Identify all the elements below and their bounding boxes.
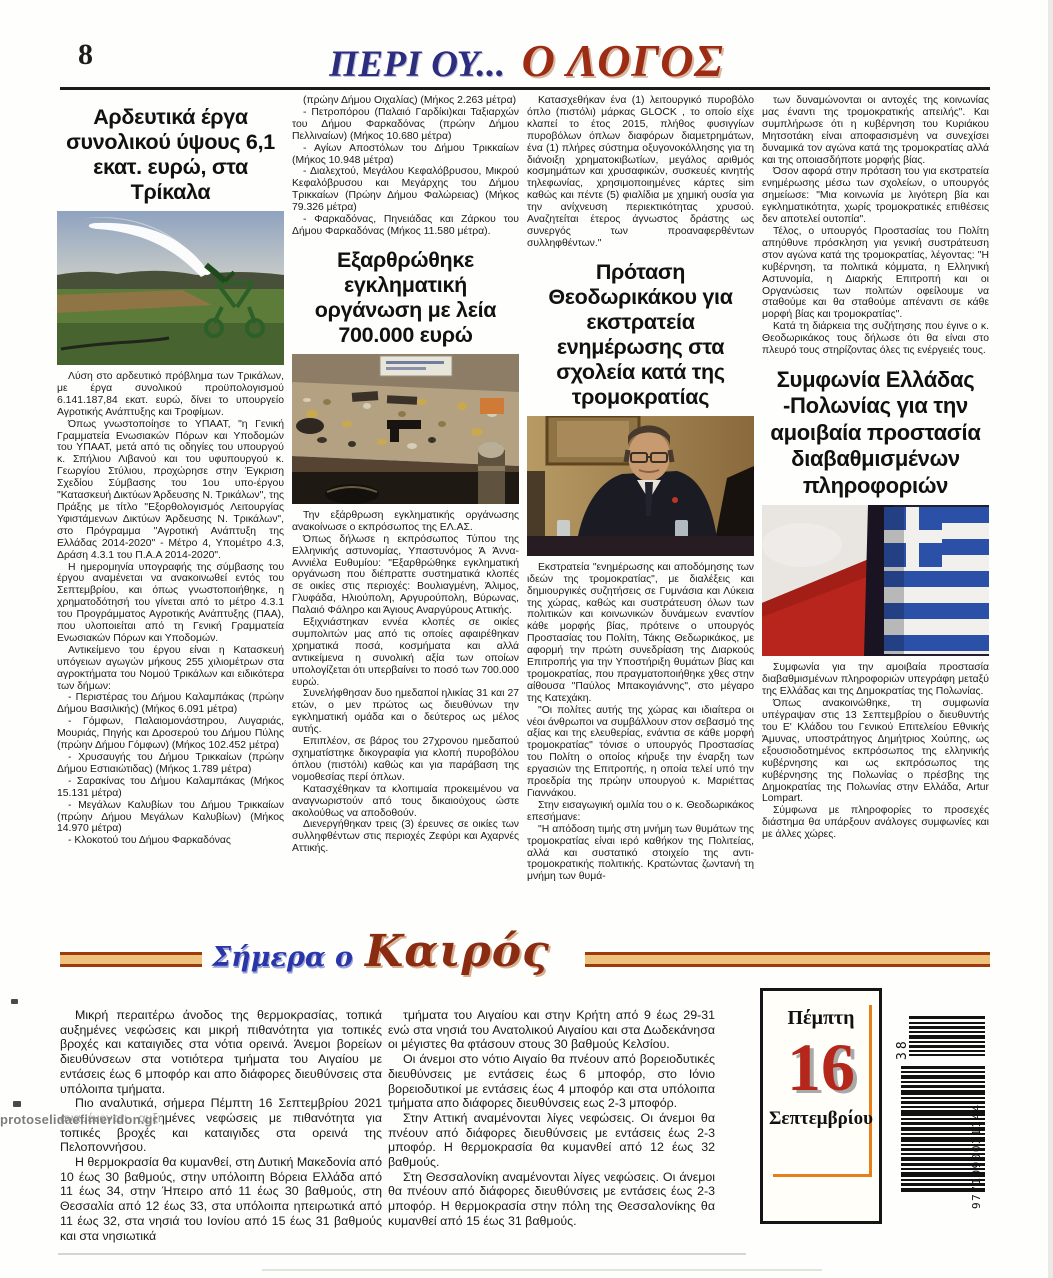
- calendar-day: Πέμπτη: [763, 1007, 879, 1030]
- body-paragraph: "Οι πολίτες αυτής της χώρας και ιδιαίτερ…: [527, 705, 754, 800]
- flags-photo: [762, 505, 989, 656]
- newspaper-page: 8 ΠΕΡΙ ΟΥ...Ο ΛΟΓΟΣ Αρδευτικά έργα συνολ…: [0, 0, 1053, 1278]
- weather-script-label: Σήμερα ο: [212, 942, 353, 973]
- body-paragraph: Όπως ανακοινώθηκε, τη συμφωνία υπέγραψαν…: [762, 698, 989, 805]
- body-paragraph: - Φαρκαδόνας, Πηνειάδας και Ζάρκου του Δ…: [292, 214, 519, 238]
- calendar-widget: Πέμπτη 16 Σεπτεμβρίου: [760, 988, 882, 1224]
- body-paragraph: Αντικείμενο του έργου είναι η Κατασκευή …: [57, 645, 284, 693]
- calendar-date: 16: [763, 1032, 879, 1102]
- body-paragraph: - Πετροπόρου (Παλαιό Γαρδίκι)και Ταξιαρχ…: [292, 107, 519, 143]
- weather-paragraph: Στην Αττική αναμένονται λίγες νεφώσεις. …: [388, 1111, 715, 1170]
- weather-column-2: τμήματα του Αιγαίου και στην Κρήτη από 9…: [388, 1008, 715, 1229]
- masthead: ΠΕΡΙ ΟΥ...Ο ΛΟΓΟΣ: [0, 34, 1053, 87]
- weather-banner: Σήμερα ο Καιρός: [212, 926, 550, 977]
- agreement-body-col4: Συμφωνία για την αμοιβαία προστασία διαβ…: [762, 662, 989, 841]
- body-paragraph: Διενεργήθηκαν τρεις (3) έρευνες σε οικίε…: [292, 819, 519, 855]
- body-paragraph: Τέλος, ο υπουργός Προστασίας του Πολίτη …: [762, 226, 989, 321]
- body-paragraph: Συμφωνία για την αμοιβαία προστασία διαβ…: [762, 662, 989, 698]
- terror-body-col4: των δυναμώνονται οι αντοχές της κοινωνία…: [762, 95, 989, 357]
- body-paragraph: Εκστρατεία "ενημέρωσης και αποδόμησης τω…: [527, 562, 754, 705]
- weather-rule-left: [60, 952, 202, 967]
- weather-paragraph: Μικρή περαιτέρω άνοδος της θερμοκρασίας,…: [60, 1008, 382, 1096]
- body-paragraph: - Σαρακίνας του Δήμου Καλαμπάκας (Μήκος …: [57, 776, 284, 800]
- margin-mark: [13, 1101, 21, 1107]
- masthead-title: Ο ΛΟΓΟΣ: [522, 35, 724, 86]
- irrigation-photo: [57, 211, 284, 365]
- scan-line: [262, 1269, 822, 1271]
- headline-crime: Εξαρθρώθηκε εγκληματική οργάνωση με λεία…: [292, 248, 519, 348]
- body-paragraph: Στην εισαγωγική ομιλία του ο κ. Θεοδωρικ…: [527, 800, 754, 824]
- body-paragraph: Επιπλέον, σε βάρος του 27χρονου ημεδαπού…: [292, 736, 519, 784]
- body-paragraph: Όσον αφορά στην πρόταση του για εκστρατε…: [762, 166, 989, 226]
- body-paragraph: - Αγίων Αποστόλων του Δήμου Τρικκαίων (Μ…: [292, 143, 519, 167]
- body-paragraph: - Χρυσαυγής του Δήμου Τρικκαίων (πρώην Δ…: [57, 752, 284, 776]
- body-paragraph: Η ημερομηνία υπογραφής της σύμβασης του …: [57, 562, 284, 645]
- crime-body-col2: Την εξάρθρωση εγκληματικής οργάνωσης ανα…: [292, 510, 519, 855]
- body-paragraph: (πρώην Δήμου Οιχαλίας) (Μήκος 2.263 μέτρ…: [292, 95, 519, 107]
- column-3: Κατασχεθήκαν ένα (1) λειτουργικό πυροβόλ…: [527, 95, 754, 945]
- scan-edge: [1048, 0, 1053, 1278]
- weather-paragraph: Οι άνεμοι στο νότιο Αιγαίο θα πνέουν από…: [388, 1052, 715, 1111]
- weather-paragraph: τμήματα του Αιγαίου και στην Κρήτη από 9…: [388, 1008, 715, 1052]
- body-paragraph: Κατασχέθηκαν τα κλοπιμαία προκειμένου να…: [292, 784, 519, 820]
- barcode-top-stripes: [909, 1016, 985, 1056]
- column-4: των δυναμώνονται οι αντοχές της κοινωνία…: [762, 95, 989, 945]
- body-paragraph: - Γόμφων, Παλαιομονάστηρου, Λυγαριάς, Μο…: [57, 716, 284, 752]
- body-paragraph: Σύμφωνα με πληροφορίες το προσεχές διάστ…: [762, 805, 989, 841]
- body-paragraph: Όπως γνωστοποίησε το ΥΠΑΑΤ, "η Γενική Γρ…: [57, 419, 284, 562]
- barcode: 38: [893, 1014, 997, 1198]
- headline-terror: Πρόταση Θεοδωρικάκου για εκστρατεία ενημ…: [527, 260, 754, 410]
- watermark: protoselidaefimeridon.gr: [0, 1112, 160, 1127]
- masthead-prefix: ΠΕΡΙ ΟΥ...: [329, 44, 506, 85]
- weather-paragraph: Στη Θεσσαλονίκη αναμένονται λίγες νεφώσε…: [388, 1170, 715, 1229]
- margin-mark: [11, 999, 18, 1004]
- body-paragraph: Εξιχνιάστηκαν εννέα κλοπές σε οικίες συμ…: [292, 617, 519, 688]
- body-paragraph: των δυναμώνονται οι αντοχές της κοινωνία…: [762, 95, 989, 166]
- weather-title: Καιρός: [365, 926, 550, 977]
- body-paragraph: - Περιστέρας του Δήμου Καλαμπάκας (πρώην…: [57, 692, 284, 716]
- header-rule: [60, 87, 990, 90]
- column-2: (πρώην Δήμου Οιχαλίας) (Μήκος 2.263 μέτρ…: [292, 95, 519, 945]
- barcode-issue-number: 38: [895, 1038, 910, 1060]
- stolen-goods-photo: [292, 354, 519, 504]
- body-paragraph: Κατασχεθήκαν ένα (1) λειτουργικό πυροβόλ…: [527, 95, 754, 250]
- body-paragraph: - Διαλεχτού, Μεγάλου Κεφαλόβρυσου, Μικρο…: [292, 166, 519, 214]
- minister-photo: [527, 416, 754, 556]
- body-paragraph: Όπως δήλωσε η εκπρόσωπος Τύπου της Ελλην…: [292, 534, 519, 617]
- weather-paragraph: Η θερμοκρασία θα κυμανθεί, στη Δυτική Μα…: [60, 1155, 382, 1243]
- headline-irrigation: Αρδευτικά έργα συνολικού ύψους 6,1 εκατ.…: [57, 105, 284, 205]
- body-paragraph: Την εξάρθρωση εγκληματικής οργάνωσης ανα…: [292, 510, 519, 534]
- body-paragraph: Συνελήφθησαν δυο ημεδαποί ηλικίας 31 και…: [292, 688, 519, 736]
- body-paragraph: Λύση στο αρδευτικό πρόβλημα των Τρικάλων…: [57, 371, 284, 419]
- calendar-month: Σεπτεμβρίου: [763, 1108, 879, 1130]
- crime-body-col3: Κατασχεθήκαν ένα (1) λειτουργικό πυροβόλ…: [527, 95, 754, 250]
- terror-body-col3: Εκστρατεία "ενημέρωσης και αποδόμησης τω…: [527, 562, 754, 883]
- weather-rule-right: [585, 952, 990, 967]
- body-paragraph: Κατά τη διάρκεια της συζήτησης που έγινε…: [762, 321, 989, 357]
- body-paragraph: - Κλοκοτού του Δήμου Φαρκαδόνας: [57, 835, 284, 847]
- barcode-number: 9771090031144: [970, 1103, 983, 1209]
- column-1: Αρδευτικά έργα συνολικού ύψους 6,1 εκατ.…: [57, 95, 284, 945]
- headline-agreement: Συμφωνία Ελλάδας -Πολωνίας για την αμοιβ…: [762, 367, 989, 500]
- body-paragraph: "Η απόδοση τιμής στη μνήμη των θυμάτων τ…: [527, 824, 754, 884]
- scan-line: [58, 1253, 746, 1255]
- body-paragraph: - Μεγάλων Καλυβίων του Δήμου Τρικκαίων (…: [57, 800, 284, 836]
- irrigation-body-col1: Λύση στο αρδευτικό πρόβλημα των Τρικάλων…: [57, 371, 284, 847]
- irrigation-body-col2: (πρώην Δήμου Οιχαλίας) (Μήκος 2.263 μέτρ…: [292, 95, 519, 238]
